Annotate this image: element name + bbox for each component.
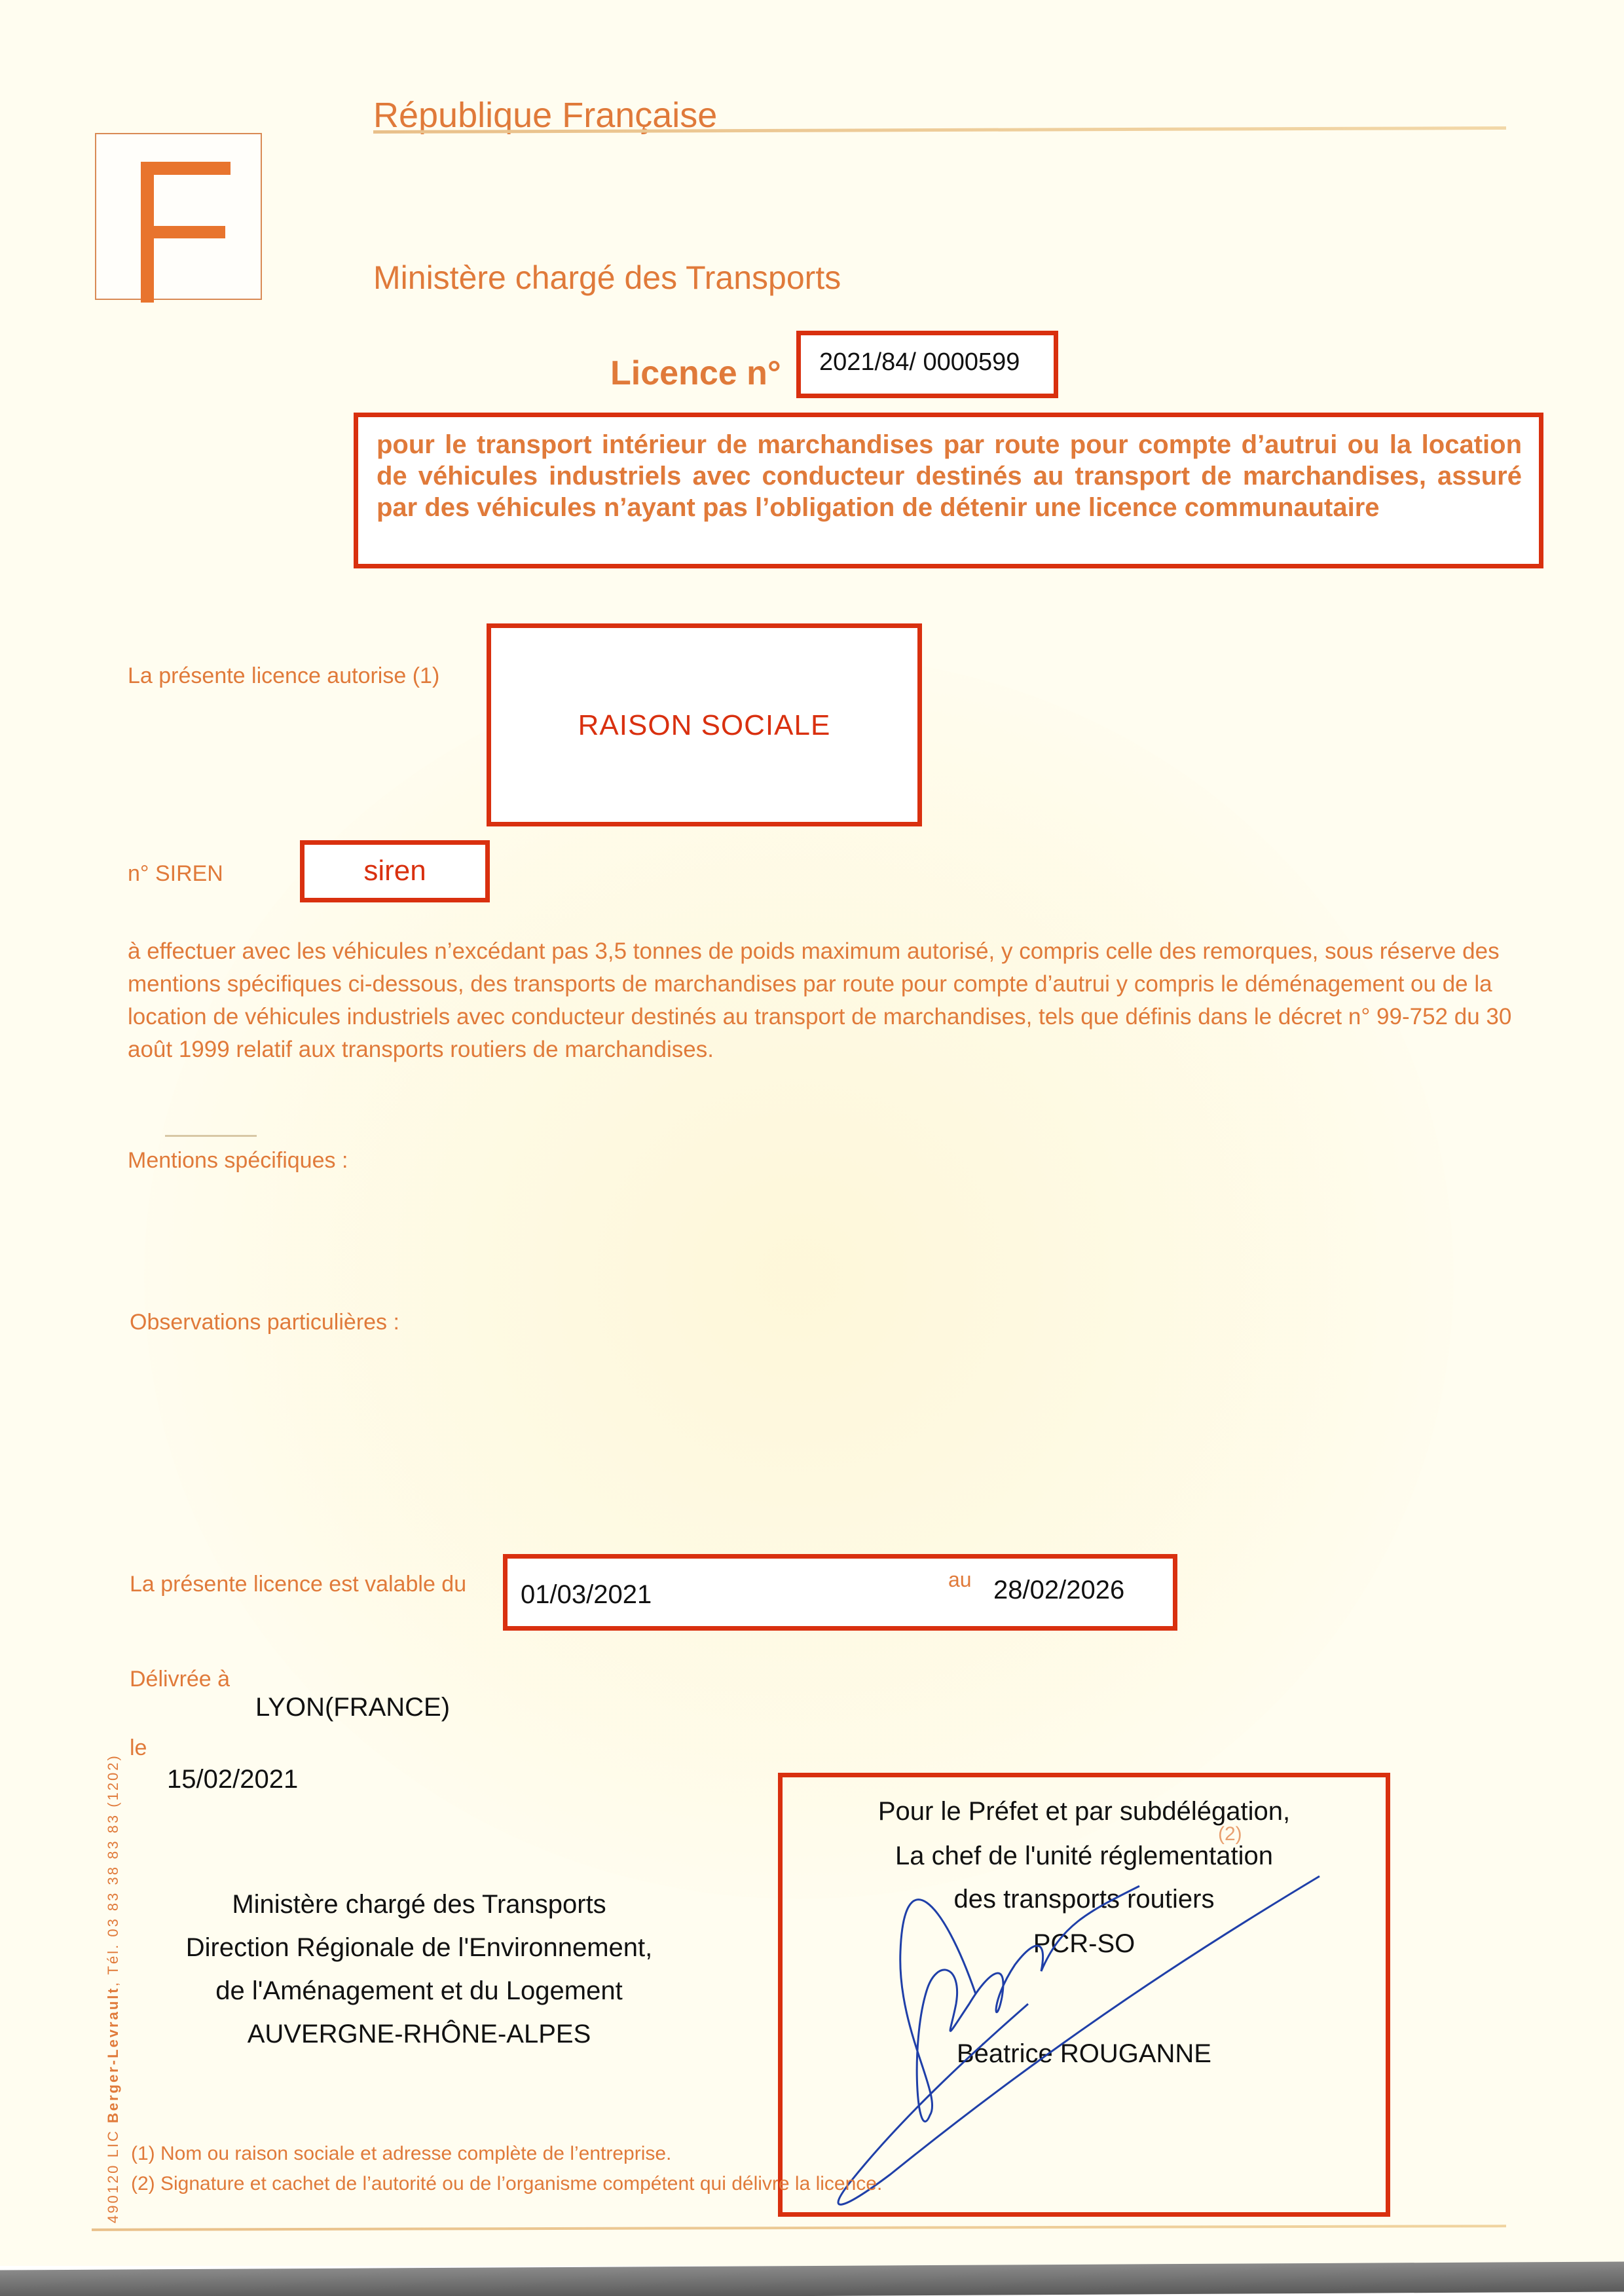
authority-line: Direction Régionale de l'Environnement, [157,1926,681,1969]
licence-scope-box: pour le transport intérieur de marchandi… [354,413,1543,568]
authorise-label: La présente licence autorise (1) [128,663,439,689]
licence-number-value: 2021/84/ 0000599 [819,348,1020,377]
valid-to-date: 28/02/2026 [993,1576,1124,1605]
signature-line-unit: La chef de l'unité réglementation [783,1842,1386,1871]
authority-line: Ministère chargé des Transports [157,1883,681,1926]
licence-scope-text: pour le transport intérieur de marchandi… [377,429,1522,523]
validity-box: 01/03/2021 au 28/02/2026 [503,1554,1177,1631]
licence-number-label: Licence n° [610,354,781,393]
valid-to-label: au [948,1568,972,1592]
siren-box: siren [300,840,490,902]
printer-imprint: 490120 LIC Berger-Levrault, Tél. 03 83 3… [105,1754,122,2223]
siren-value: siren [304,855,485,887]
imprint-printer: Berger-Levrault [105,1986,121,2123]
delivered-at-place: LYON(FRANCE) [255,1693,450,1722]
valid-from-date: 01/03/2021 [521,1580,652,1610]
company-name-value: RAISON SOCIALE [491,709,917,742]
licence-document: République Française Ministère chargé de… [0,0,1624,2266]
specific-mentions-label: Mentions spécifiques : [128,1148,348,1174]
authority-line: AUVERGNE-RHÔNE-ALPES [157,2012,681,2056]
company-name-box: RAISON SOCIALE [487,623,922,826]
ministry-title: Ministère chargé des Transports [373,259,841,297]
scan-edge-shadow [0,2262,1624,2296]
authority-line: de l'Aménagement et du Logement [157,1969,681,2012]
footnote-1: (1) Nom ou raison sociale et adresse com… [131,2143,671,2165]
signature-line-prefect: Pour le Préfet et par subdélégation, [783,1797,1386,1826]
decorative-rule [165,1135,257,1137]
footer-divider [92,2225,1506,2231]
validity-label: La présente licence est valable du [130,1572,466,1597]
authorisation-body-text: à effectuer avec les véhicules n’excédan… [128,935,1529,1066]
delivered-at-label: Délivrée à [130,1667,230,1692]
france-f-logo [95,133,262,300]
issue-date-label: le [130,1735,147,1761]
f-logo-middle-bar [149,226,225,238]
siren-label: n° SIREN [128,861,223,887]
imprint-suffix: , Tél. 03 83 38 83 83 (1202) [105,1754,121,1986]
footnote-2: (2) Signature et cachet de l’autorité ou… [131,2173,882,2195]
imprint-prefix: 490120 LIC [105,2123,121,2223]
licence-number-box: 2021/84/ 0000599 [796,331,1058,398]
issue-date: 15/02/2021 [167,1765,298,1794]
handwritten-signature-icon [812,1873,1336,2213]
issuing-authority: Ministère chargé des Transports Directio… [157,1883,681,2056]
observations-label: Observations particulières : [130,1310,399,1335]
f-logo-top-bar [141,162,231,175]
